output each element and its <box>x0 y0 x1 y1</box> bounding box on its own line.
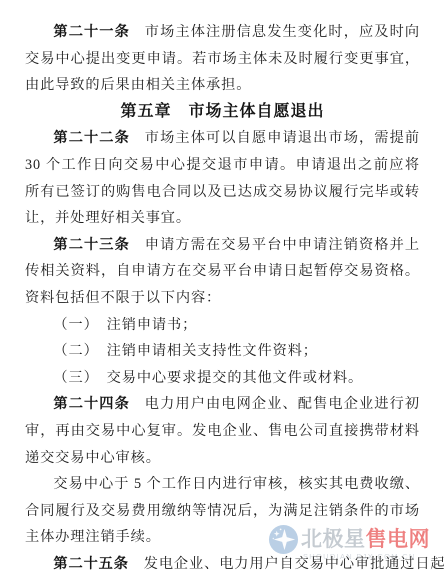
article-25-label: 第二十五条 <box>53 556 128 572</box>
article-23-label: 第二十三条 <box>53 237 130 253</box>
article-25-text: 发电企业、电力用户自交易中心审批通过日起 <box>144 556 444 572</box>
list-item-2: （二） 注销申请相关支持性文件资料； <box>25 338 420 365</box>
list-item-3: （三） 交易中心要求提交的其他文件或材料。 <box>25 365 420 392</box>
list-item-1: （一） 注销申请书； <box>25 312 420 339</box>
paragraph-article-23: 第二十三条申请方需在交易平台中申请注销资格并上传相关资料，自申请方在交易平台申请… <box>25 232 420 312</box>
article-24-label: 第二十四条 <box>53 396 130 412</box>
paragraph-review-process: 交易中心于 5 个工作日内进行审核，核实其电费收缴、合同履行及交易费用缴纳等情况… <box>25 471 420 551</box>
article-21-label: 第二十一条 <box>53 24 130 40</box>
paragraph-article-22: 第二十二条市场主体可以自愿申请退出市场，需提前 30 个工作日向交易中心提交退市… <box>25 125 420 231</box>
document-page: 北极星 售电网 SHOUDIAN.BJX.COM.CN 第二十一条市场主体注册信… <box>0 0 444 586</box>
article-22-label: 第二十二条 <box>53 130 130 146</box>
paragraph-article-21: 第二十一条市场主体注册信息发生变化时，应及时向交易中心提出变更申请。若市场主体未… <box>25 19 420 99</box>
paragraph-article-24: 第二十四条电力用户由电网企业、配售电企业进行初审，再由交易中心复审。发电企业、售… <box>25 391 420 471</box>
chapter-5-heading: 第五章 市场主体自愿退出 <box>25 99 420 126</box>
document-body: 第二十一条市场主体注册信息发生变化时，应及时向交易中心提出变更申请。若市场主体未… <box>0 0 444 577</box>
paragraph-article-25: 第二十五条发电企业、电力用户自交易中心审批通过日起 <box>25 551 420 578</box>
